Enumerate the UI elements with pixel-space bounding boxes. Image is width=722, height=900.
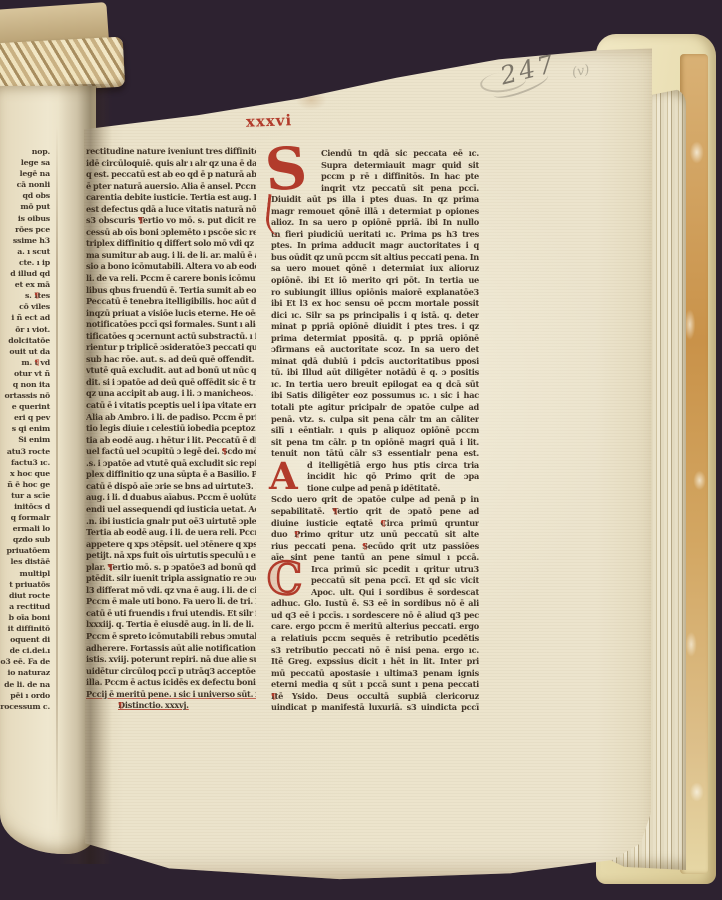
text-line: rectitudine nature iveniunt tres diffini…: [86, 146, 256, 158]
facing-page-strip: nop.lege salegē nacā nonliqd obsmō putis…: [0, 86, 96, 854]
text-line: Si enim: [0, 434, 50, 445]
text-line: appetere q xps ɔtēpsit. uel ɔtēnere q xp…: [86, 539, 256, 551]
text-line: peccatū sit pena pccī. Et qd sic vicit: [271, 575, 479, 587]
text-line: atu3 rocte: [0, 446, 50, 457]
text-line: penā. vtz. s. culpa sit pena cālr tm an …: [271, 414, 479, 426]
text-line: ma sumitur ab aug. i li. de li. ar. malū…: [86, 250, 256, 262]
text-line: catū ē i vitatis pceptis uel i ipa vitat…: [86, 400, 256, 412]
text-line: rius peccati pena. ¶ Secūdo qrit utz pas…: [271, 541, 479, 553]
text-line: cte. ı ip: [0, 257, 50, 268]
text-line: l3 differat mō vdi. qz vna ē aug. i li. …: [86, 585, 256, 597]
text-line: t priuatōs: [0, 579, 50, 590]
text-line: i ñ ect ad: [0, 312, 50, 323]
pencil-folio-number: 247: [497, 49, 559, 91]
text-line: e querint: [0, 401, 50, 412]
text-line: tione culpe ad penā p idētitatē.: [271, 483, 479, 495]
text-line: tio legis diuie ı celestiū iobedia pcept…: [86, 423, 256, 435]
text-line: is oibus: [0, 213, 50, 224]
text-line: minat p ppriā opiōnē diuidit i ptes tres…: [271, 321, 479, 333]
text-line: a relatiuis pccm sequēs ē retributio pce…: [271, 633, 479, 645]
chapter-heading: xxxvi: [234, 111, 305, 131]
text-line: duo ¶ Primo qritur utz unū peccatū sit a…: [271, 529, 479, 541]
text-line: qz una accipit ab aug. i li. ɔ manicheos…: [86, 388, 256, 400]
text-line: a rectitud: [0, 601, 50, 612]
text-line: de ci.dei.ı: [0, 645, 50, 656]
text-line: dici ıc. Silr sa ps principalis i q istā…: [271, 310, 479, 322]
text-line: rientur p triplicē ɔsideratōe3 peccati q…: [86, 342, 256, 354]
text-line: ptes. In prima adducit magr auctoritates…: [271, 240, 479, 252]
pilcrow-mark: ¶: [362, 541, 367, 553]
text-line: aug. i li. d duabus aīabus. Pccm ē uolūt…: [86, 492, 256, 504]
text-line: s qi enim: [0, 423, 50, 434]
text-line: cessū ab oīs boni ɔplemēto ı pscōe sic r…: [86, 227, 256, 239]
text-line: triplex diffinitio q differt solo mō vdi…: [86, 238, 256, 250]
pilcrow-mark: ¶: [118, 700, 123, 712]
text-line: care. ergo pccm ē meritū alterius peccat…: [271, 621, 479, 633]
facing-page-line-endings: nop.lege salegē nacā nonliqd obsmō putis…: [0, 146, 50, 712]
text-line: adhuc. Glo. Iustū ē. S3 eē in sordibus n…: [271, 598, 479, 610]
text-line: les distāē: [0, 556, 50, 567]
text-line: mō put: [0, 201, 50, 212]
text-line: notificatōes pccī qsi formales. Sunt ı a…: [86, 319, 256, 331]
recto-page: xxxvi 247 (v) rectitudine nature iveniun…: [84, 46, 652, 880]
text-line: tenuit non tātū cālr s3 essentialr pena …: [271, 448, 479, 460]
text-line: Irca primū sic pcedit ı qritur utru3: [271, 564, 479, 576]
text-line: .n. ibi iusticia gnalr put oē3 uirtutē ɔ…: [86, 516, 256, 528]
text-line: q non ita: [0, 379, 50, 390]
text-line: Peccatū ē tenebra itelligibilis. hoc aūt…: [86, 296, 256, 308]
text-line: ibi Et l3 ex hoc sensu oē pccm mortale p…: [271, 298, 479, 310]
text-line: sub hac rōe. aut. s. ad deū quē offendit…: [86, 354, 256, 366]
page-crease: [56, 126, 58, 826]
text-line: m. ¶t vd: [0, 357, 50, 368]
text-line: Apoc. ult. Qui i sordibus ē sordescat: [271, 587, 479, 599]
text-line: pēi ı ordo: [0, 690, 50, 701]
text-line: adherere. Fortassis aūt alie notificatio…: [86, 643, 256, 655]
text-line: Tertia ab eodē aug. i li. de uera reli. …: [86, 527, 256, 539]
text-line: cā nonli: [0, 179, 50, 190]
text-line: incidit hic qō Primo qrit de ɔpa: [271, 471, 479, 483]
text-line: plex diffinitio qz una sūpta ē a Basilio…: [86, 469, 256, 481]
text-line: sio a bono icōmutabili. Altera vo ab eod…: [86, 261, 256, 273]
text-line: silī ı eēntialr. ı quis p aliquoz opiōnē…: [271, 425, 479, 437]
text-line: tur a scīe: [0, 490, 50, 501]
text-line: ro subiungit illius opiōnis maiorē expla…: [271, 287, 479, 299]
pilcrow-mark: ¶: [108, 562, 113, 574]
text-line: uidētur circūloq pccī p utrāq3 acceptōe3…: [86, 666, 256, 678]
text-line: o3 eē. Fa de: [0, 656, 50, 667]
rubricated-initial-s: S: [263, 141, 309, 198]
pilcrow-mark: ¶: [294, 529, 299, 541]
text-line: .s. i ɔpatōe ad vtutē quā excludit sic r…: [86, 458, 256, 470]
text-line: vtutē quā excludit. aut ad bonū ut nūc q…: [86, 365, 256, 377]
text-line: cō viles: [0, 301, 50, 312]
book-photo: nop.lege salegē nacā nonliqd obsmō putis…: [0, 0, 722, 900]
text-column-right: Ciendū tn qdā sic peccata eē ıc.Supra de…: [271, 148, 479, 714]
text-line: et ex mā: [0, 279, 50, 290]
text-line: sit pena tm cālr. p tn opiōnē magri quā …: [271, 437, 479, 449]
text-line: istis. xviij. poterunt repiri. nā due al…: [86, 654, 256, 666]
pilcrow-mark: ¶: [332, 506, 337, 518]
text-line: ē pter naturā auersio. Alia ē ansel. Pcc…: [86, 181, 256, 193]
text-line: tn fieri piudiciū ueritati ıc. Prima ps …: [271, 229, 479, 241]
text-line: eri q pev: [0, 412, 50, 423]
text-line: multipl: [0, 568, 50, 579]
text-line: mū peccatū apostasie ı ultima3 penam ign…: [271, 668, 479, 680]
text-line: ibi Satis diligēter eoz possumus ıc. ı s…: [271, 390, 479, 402]
text-line: ¶ Distinctio. xxxvj.: [86, 700, 256, 712]
text-line: est defectus qdā a luce vitatis naturā n…: [86, 204, 256, 216]
text-line: Pccm ē male uti bono. Fa uero li. de tri…: [86, 596, 256, 608]
text-line: ermali lo: [0, 523, 50, 534]
text-line: ud q3 eē i pccīs. ı sordescere nō ē aliu…: [271, 610, 479, 622]
text-line: ōr ı viot.: [0, 324, 50, 335]
text-line: libus qbus fruendū ē. Tertia sumit ab eo…: [86, 285, 256, 297]
text-line: nop.: [0, 146, 50, 157]
text-line: q formalr: [0, 512, 50, 523]
text-line: a. ı scut: [0, 246, 50, 257]
text-line: petijt. nā xps fuit oīs uirtutis speculū…: [86, 550, 256, 562]
text-line: ñ ē hoc ge: [0, 479, 50, 490]
text-line: illa. Pccm ē actus icidēs ex defectu bon…: [86, 677, 256, 689]
text-line: Itē Greg. expssius dicit ı hēt in lit. I…: [271, 656, 479, 668]
text-line: uindicat p manifestā luxuriā. s3 uindict…: [271, 702, 479, 714]
text-line: ıc. In tertia uero breuit epilogat ea q …: [271, 379, 479, 391]
rubricated-initial-a: A: [269, 458, 298, 494]
text-line: Scdo uero qrit de ɔpatōe culpe ad penā p…: [271, 494, 479, 506]
text-line: li. de va reli. Pccm ē carere bonis icōm…: [86, 273, 256, 285]
text-line: opiōnē. ibi Et iō merito qri pōt. In ter…: [271, 275, 479, 287]
text-line: d illud qd: [0, 268, 50, 279]
text-line: dolcitatōe: [0, 335, 50, 346]
text-line: minat qdā dubiū i pdcīs auctoritatibus p…: [271, 356, 479, 368]
rubricated-initial-c: C: [267, 560, 302, 600]
text-line: initōcs d: [0, 501, 50, 512]
text-line: plar. ¶ Tertio mō. s. p ɔpatōe3 ad bonū …: [86, 562, 256, 574]
text-line: legē na: [0, 168, 50, 179]
text-line: priuatōem: [0, 545, 50, 556]
text-line: s3 obscuris ¶ Tertio vo mō. s. put dicit…: [86, 215, 256, 227]
pilcrow-mark: ¶: [138, 215, 143, 227]
text-line: lege sa: [0, 157, 50, 168]
text-line: eterni media q sūt ı pccā sunt ı pena pe…: [271, 679, 479, 691]
text-line: qd obs: [0, 190, 50, 201]
text-line: io naturaz: [0, 667, 50, 678]
text-line: otur vt ñ: [0, 368, 50, 379]
text-line: rocessum c.: [0, 701, 50, 712]
headband: [0, 37, 125, 94]
pilcrow-mark: ¶: [271, 691, 276, 703]
text-line: endi uel assequendi qd iusticia uetat. A…: [86, 504, 256, 516]
text-line: alioz. In sa uero p opiōnē ppriā. ibi In…: [271, 217, 479, 229]
text-line: ssime h3: [0, 235, 50, 246]
text-line: uel factū uel ɔcupitū ɔ legē dei. ¶ Scdo…: [86, 446, 256, 458]
text-line: catū ē dispō aīe ɔrie se bns ad uirtute3…: [86, 481, 256, 493]
pilcrow-mark: ¶: [34, 290, 39, 301]
text-line: x hoc que: [0, 468, 50, 479]
text-line: factu3 ıc.: [0, 457, 50, 468]
text-line: it diffinitō: [0, 623, 50, 634]
pencil-ghost-mark: (v): [571, 63, 591, 81]
text-line: de li. de na: [0, 679, 50, 690]
text-line: sa uero mouet qōnē ı determiat iux alior…: [271, 263, 479, 275]
text-line: magr remouet qōnē illā ı determiat p opi…: [271, 206, 479, 218]
text-line: aīe sint pene tantū an pene simul ı pccā…: [271, 552, 479, 564]
text-column-left: rectitudine nature iveniunt tres diffini…: [86, 146, 256, 712]
text-line: b oīa boni: [0, 612, 50, 623]
text-line: catū ē uti fruendis ı frui utendis. Et s…: [86, 608, 256, 620]
text-line: inqzū priuat a visiōe lucis eterne. He o…: [86, 308, 256, 320]
text-line: oquent di: [0, 634, 50, 645]
text-line: ortassis nō: [0, 390, 50, 401]
pilcrow-mark: ¶: [222, 446, 227, 458]
text-line: tificatōes q ɔcernunt actū substractū. ı…: [86, 331, 256, 343]
text-line: prima determiat ppositā. q. p ppriā opiō…: [271, 333, 479, 345]
text-line: ouit ut da: [0, 346, 50, 357]
text-line: tū. ibi Illud aūt diligēter notādū ē q. …: [271, 367, 479, 379]
text-line: bus oūdit qz unū pccm sit altius peccati…: [271, 252, 479, 264]
text-line: tia ab eodē aug. ı hētur i lit. Peccatū …: [86, 435, 256, 447]
text-line: lxxxiij. q. Tertia ē eiusdē aug. in li. …: [86, 619, 256, 631]
text-line: ¶ Itē Ysido. Deus occultā supbiā clerico…: [271, 691, 479, 703]
pilcrow-mark: ¶: [35, 357, 40, 368]
text-line: diut rocte: [0, 590, 50, 601]
text-line: dit. si i ɔpatōe ad deū quē offēdit sic …: [86, 377, 256, 389]
text-line: sepabilitatē. ¶ Tertio qrit de ɔpatō pen…: [271, 506, 479, 518]
text-line: totali pte agitur pricipalr de ɔpatōe cu…: [271, 402, 479, 414]
text-line: ptēdit. silr iuenit tripla assignatio re…: [86, 573, 256, 585]
text-line: s3 retributio peccati nō ē nisi pena. er…: [271, 645, 479, 657]
text-line: diuine iusticie eqtatē ¶ Circa primū qru…: [271, 518, 479, 530]
text-line: q est. peccatū est ab eo qd ē p naturā a…: [86, 169, 256, 181]
text-line: Alia ab Ambro. i li. de padiso. Pccm ē p…: [86, 412, 256, 424]
text-line: d itelligētiā ergo hus ptis circa tria: [271, 460, 479, 472]
text-line: Pccm ē spreto icōmutabili rebus ɔmutabil…: [86, 631, 256, 643]
text-line: s. ¶ Ites: [0, 290, 50, 301]
text-line: carentia debite iusticie. Tertia est aug…: [86, 192, 256, 204]
text-line: rōes pce: [0, 224, 50, 235]
text-line: idē circūloquiē. quis alr ı alr qz una ē…: [86, 158, 256, 170]
text-line: ɔfirmans eā auctoritate scoz. In sa uero…: [271, 344, 479, 356]
text-line: Pccij ē meritū pene. ı sic i universo sū…: [86, 689, 256, 701]
pilcrow-mark: ¶: [380, 518, 385, 530]
text-line: qzdo sub: [0, 534, 50, 545]
